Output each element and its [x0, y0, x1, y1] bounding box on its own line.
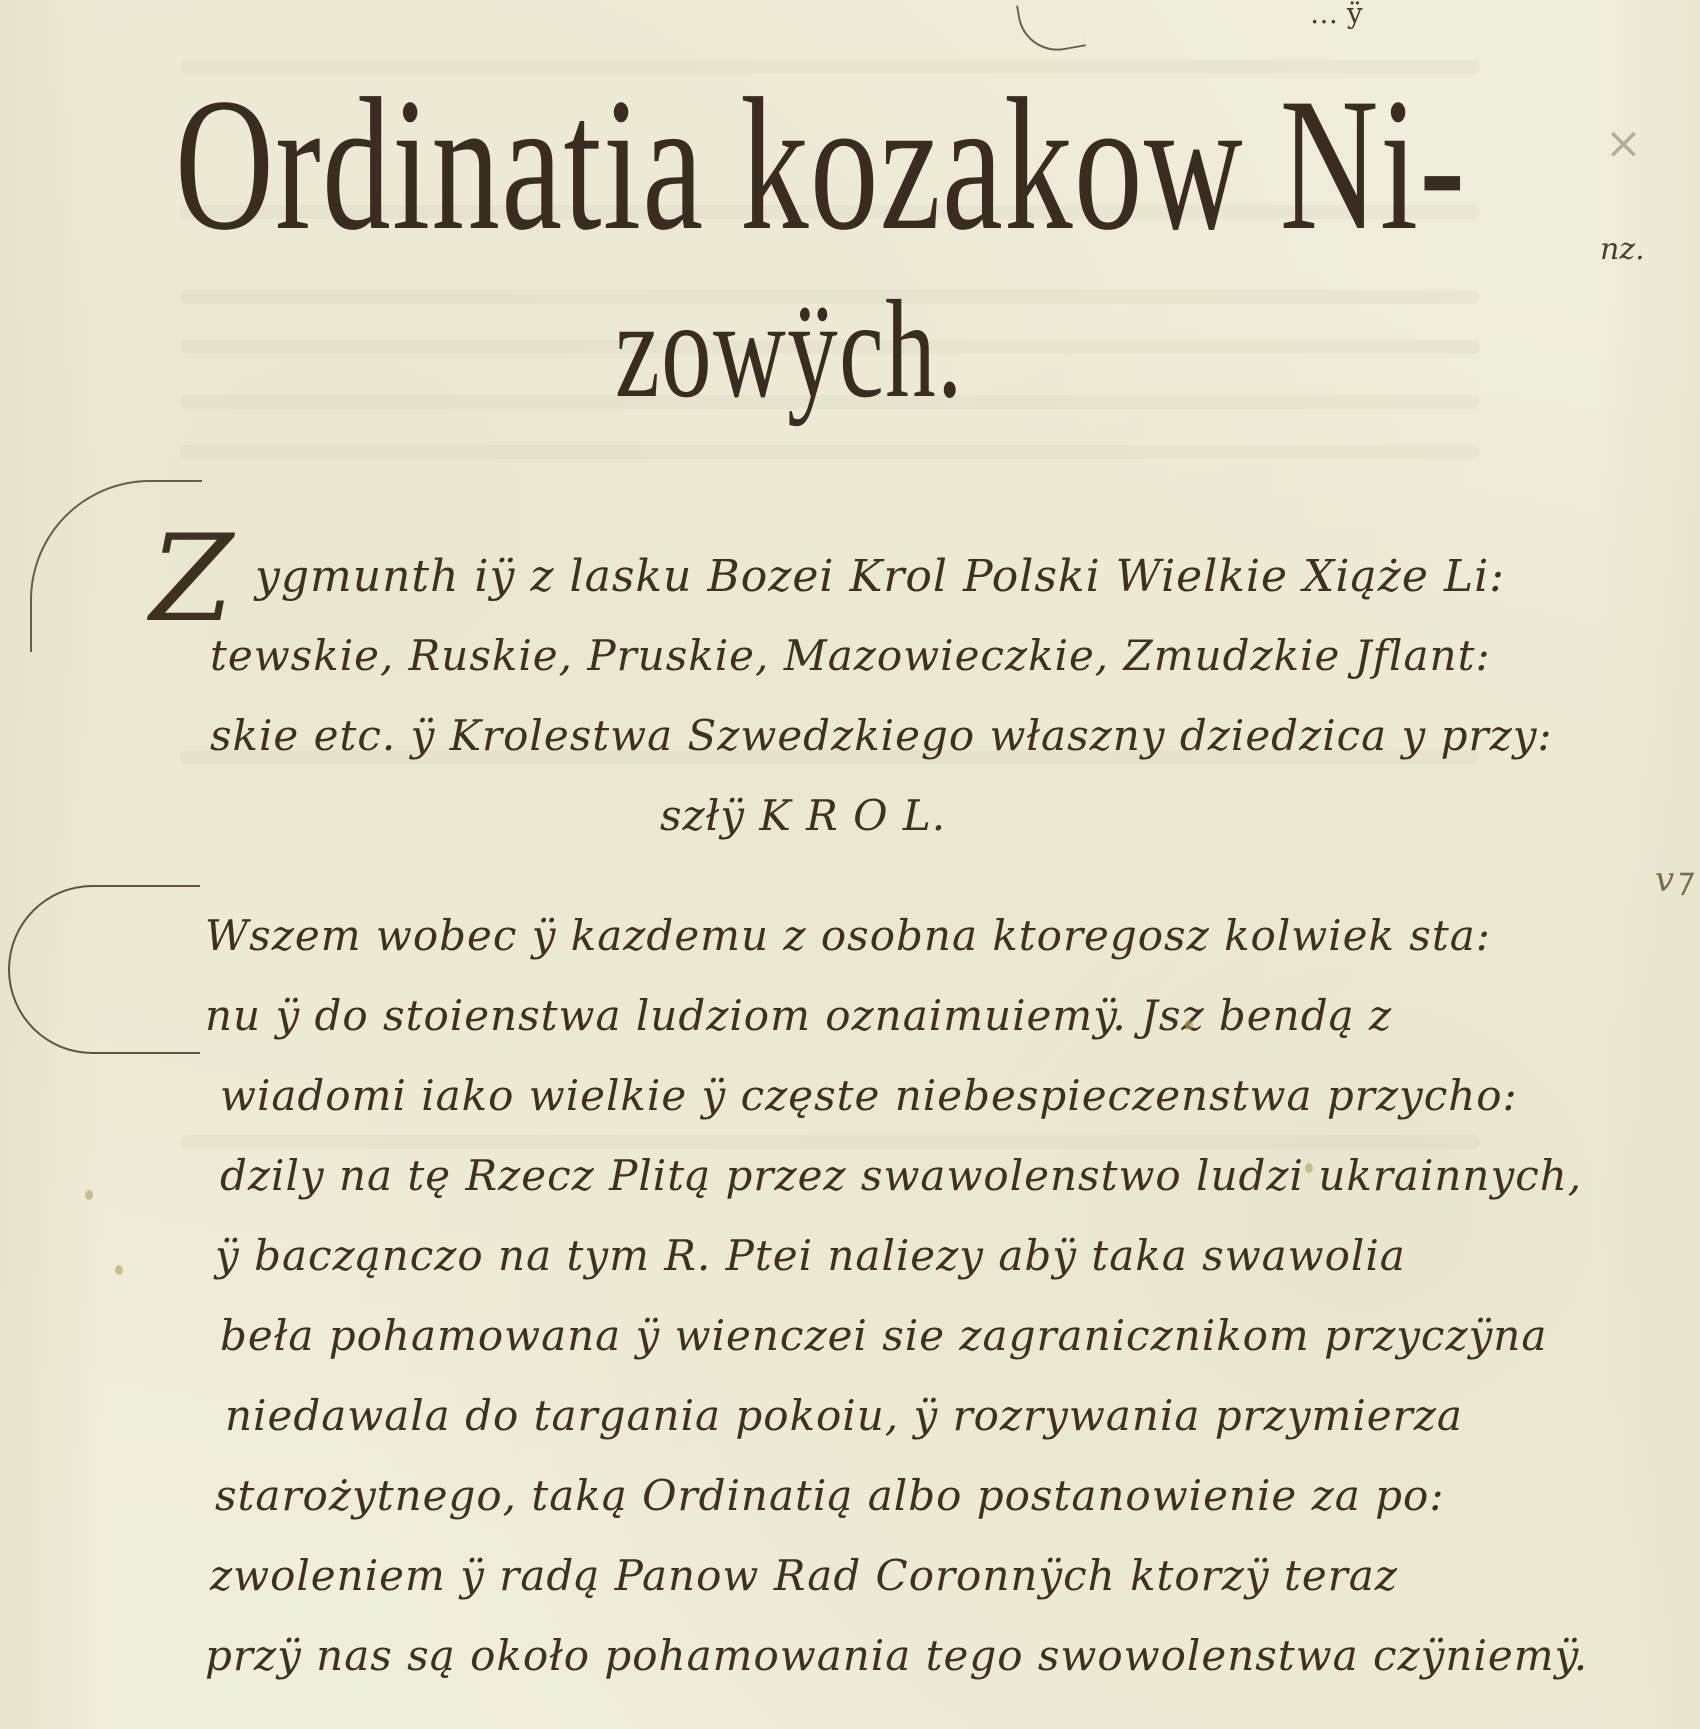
margin-right-mark: v⁊	[1655, 860, 1691, 900]
body-line: ÿ bacząnczo na tym R. Ptei naliezy abÿ t…	[215, 1235, 1406, 1277]
margin-cross-mark: ×	[1605, 118, 1642, 169]
salutation-line: tewskie, Ruskie, Pruskie, Mazowieczkie, …	[210, 635, 1491, 677]
bleed-through-line	[180, 1135, 1480, 1149]
top-flourish	[1016, 0, 1086, 57]
top-fragment: … ÿ	[1310, 0, 1363, 28]
body-line: beła pohamowana ÿ wienczei sie zagranicz…	[220, 1315, 1547, 1357]
page-title-line-2: zowÿch.	[615, 280, 964, 420]
body-line: niedawala do targania pokoiu, ÿ rozrywan…	[225, 1395, 1463, 1437]
manuscript-page: … ÿ Ordinatia kozakow Ni- zowÿch. × nz. …	[0, 0, 1700, 1729]
body-line: wiadomi iako wielkie ÿ częste niebespiec…	[220, 1075, 1518, 1117]
paper-stain	[115, 1265, 123, 1275]
body-line: nu ÿ do stoienstwa ludziom oznaimuiemÿ. …	[205, 995, 1392, 1037]
paper-stain	[1185, 1020, 1193, 1030]
page-title-line-1: Ordinatia kozakow Ni-	[175, 70, 1466, 260]
body-line: przÿ nas są około pohamowania tego swowo…	[205, 1635, 1588, 1677]
paper-stain	[1305, 1163, 1313, 1173]
salutation-line: skie etc. ÿ Krolestwa Szwedzkiego właszn…	[210, 715, 1553, 757]
salutation-line-king: szłÿ K R O L.	[660, 795, 946, 837]
bleed-through-line	[180, 445, 1480, 459]
paper-stain	[85, 1190, 93, 1200]
body-line: zwoleniem ÿ radą Panow Rad Coronnÿch kto…	[210, 1555, 1398, 1597]
body-line: starożytnego, taką Ordinatią albo postan…	[215, 1475, 1444, 1517]
decorated-initial-z: Z	[150, 520, 233, 640]
body-line: Wszem wobec ÿ kazdemu z osobna ktoregosz…	[205, 915, 1491, 957]
margin-folio-number: nz.	[1600, 232, 1645, 267]
salutation-line: ygmunth iÿ z lasku Bozei Krol Polski Wie…	[255, 555, 1505, 599]
initial-w-flourish	[8, 885, 200, 1054]
body-line: dzily na tę Rzecz Plitą przez swawolenst…	[220, 1155, 1582, 1197]
